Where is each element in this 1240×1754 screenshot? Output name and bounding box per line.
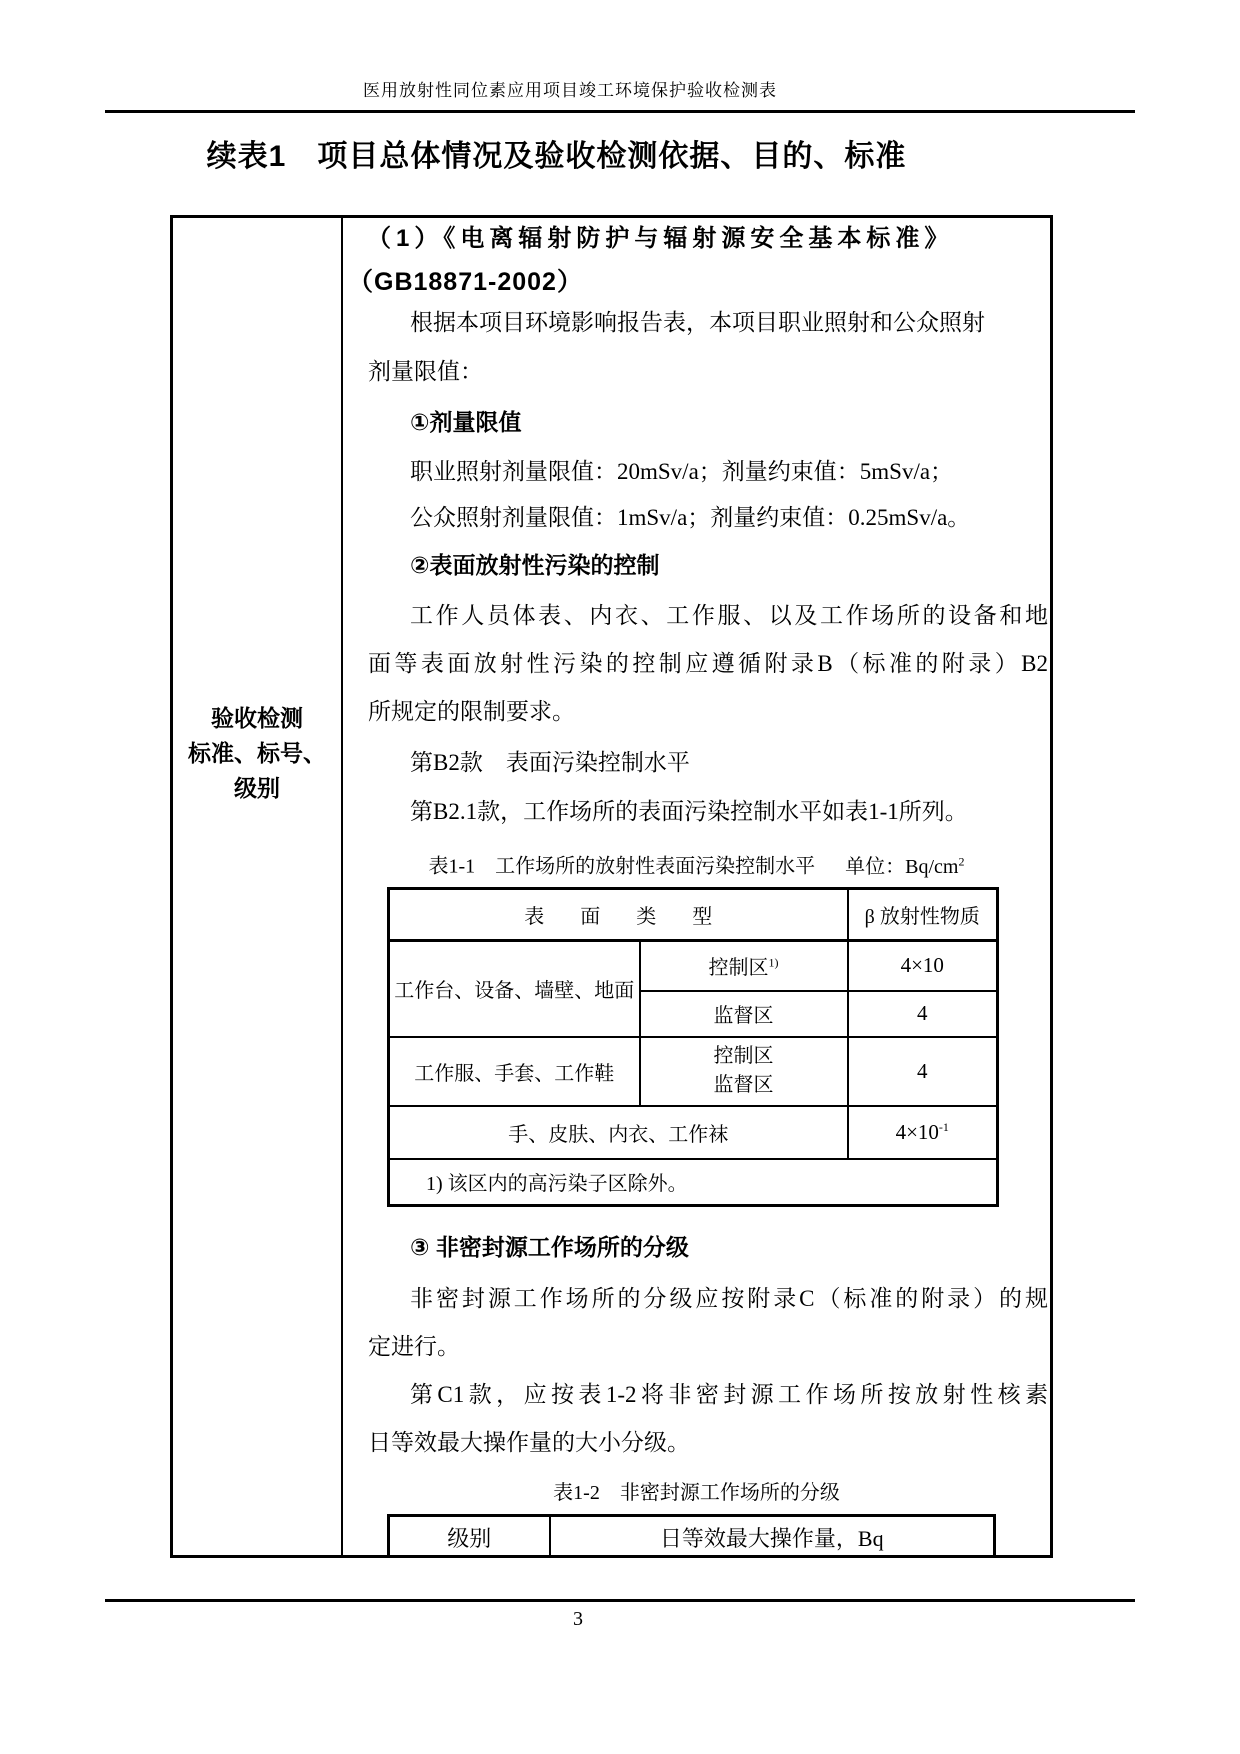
running-header: 医用放射性同位素应用项目竣工环境保护验收检测表: [55, 76, 1085, 101]
page-title: 续表1 项目总体情况及验收检测依据、目的、标准: [115, 131, 998, 175]
clause-b21: 第B2.1款，工作场所的表面污染控制水平如表1-1所列。: [410, 788, 968, 836]
table-1-1-caption-text: 表1-1 工作场所的放射性表面污染控制水平: [428, 856, 815, 878]
amount-header-cell: 日等效最大操作量，Bq: [550, 1516, 995, 1556]
surface-line-3: 所规定的限制要求。: [368, 688, 1048, 736]
zone-text: 控制区: [709, 957, 769, 979]
public-dose-limit: 公众照射剂量限值：1mSv/a；剂量约束值：0.25mSv/a。: [410, 494, 970, 542]
table-row: 手、皮肤、内衣、工作袜 4×10-1: [389, 1106, 998, 1159]
footer-rule: [105, 1599, 1135, 1602]
table-1-1: 表面类型 β 放射性物质 工作台、设备、墙壁、地面 控制区1) 4×10 监督区…: [387, 887, 999, 1207]
table-row: 工作台、设备、墙壁、地面 控制区1) 4×10: [389, 941, 998, 991]
beta-header-cell: β 放射性物质: [848, 889, 998, 941]
table-footnote-row: 1) 该区内的高污染子区除外。: [389, 1159, 998, 1206]
item3-heading: ③ 非密封源工作场所的分级: [410, 1224, 689, 1270]
row-label: 验收检测 标准、标号、 级别: [188, 701, 326, 806]
unit-base: 单位：Bq/cm: [845, 856, 958, 878]
surface-cell: 工作服、手套、工作鞋: [389, 1037, 640, 1106]
row-label-line-1: 验收检测: [188, 701, 326, 736]
row-label-line-3: 级别: [188, 771, 326, 806]
table-1-1-header-row: 表面类型 β 放射性物质: [389, 889, 998, 941]
surface-line-1: 工作人员体表、内衣、工作服、以及工作场所的设备和地: [368, 592, 1048, 640]
value-cell: 4×10: [848, 941, 998, 991]
row-label-cell: 验收检测 标准、标号、 级别: [173, 218, 343, 1555]
standard-code: （GB18871-2002）: [348, 265, 583, 299]
table-1-2-header-row: 级别 日等效最大操作量，Bq: [389, 1516, 995, 1556]
value-cell: 4: [848, 991, 998, 1037]
table-1-2-caption: 表1-2 非密封源工作场所的分级: [343, 1478, 1050, 1508]
zone-cell: 监督区: [640, 991, 848, 1037]
intro-paragraph: 根据本项目环境影响报告表，本项目职业照射和公众照射 剂量限值：: [368, 298, 985, 396]
grading-paragraph: 非密封源工作场所的分级应按附录C（标准的附录）的规 定进行。: [368, 1275, 1048, 1371]
surface-line-2: 面等表面放射性污染的控制应遵循附录B（标准的附录）B2: [368, 640, 1048, 688]
surface-type-header-cell: 表面类型: [389, 889, 848, 941]
value-text: 4×10: [896, 1120, 939, 1144]
clause-c1-line-2: 日等效最大操作量的大小分级。: [368, 1419, 1048, 1467]
clause-b2: 第B2款 表面污染控制水平: [410, 739, 690, 787]
value-text: 4×10: [901, 953, 944, 977]
item1-heading: ①剂量限值: [410, 398, 521, 446]
page-number: 3: [63, 1608, 1093, 1631]
footnote-cell: 1) 该区内的高污染子区除外。: [389, 1159, 998, 1206]
grading-line-2: 定进行。: [368, 1323, 1048, 1371]
table-row: 工作服、手套、工作鞋 控制区 监督区 4: [389, 1037, 998, 1106]
table-1-2: 级别 日等效最大操作量，Bq: [387, 1514, 996, 1555]
header-rule: [105, 110, 1135, 113]
grading-line-1: 非密封源工作场所的分级应按附录C（标准的附录）的规: [368, 1275, 1048, 1323]
standard-title: （1）《电离辐射防护与辐射源安全基本标准》: [367, 222, 953, 256]
table-1-1-unit-label: 单位：Bq/cm2: [845, 856, 964, 878]
item2-heading: ②表面放射性污染的控制: [410, 541, 659, 589]
intro-line-1: 根据本项目环境影响报告表，本项目职业照射和公众照射: [368, 298, 985, 347]
zone-cell: 控制区 监督区: [640, 1037, 848, 1106]
intro-line-2: 剂量限值：: [368, 347, 985, 396]
unit-superscript: 2: [959, 854, 965, 868]
table-1-1-caption: 表1-1 工作场所的放射性表面污染控制水平单位：Bq/cm2: [343, 846, 1050, 882]
document-page: 医用放射性同位素应用项目竣工环境保护验收检测表 续表1 项目总体情况及验收检测依…: [0, 0, 1240, 1754]
surface-cell: 工作台、设备、墙壁、地面: [389, 941, 640, 1037]
surface-cell: 手、皮肤、内衣、工作袜: [389, 1106, 848, 1159]
value-cell: 4: [848, 1037, 998, 1106]
zone-line-2: 监督区: [641, 1071, 847, 1100]
surface-contamination-paragraph: 工作人员体表、内衣、工作服、以及工作场所的设备和地 面等表面放射性污染的控制应遵…: [368, 592, 1048, 736]
zone-cell: 控制区1): [640, 941, 848, 991]
value-cell: 4×10-1: [848, 1106, 998, 1159]
value-superscript: -1: [939, 1120, 949, 1134]
occupational-dose-limit: 职业照射剂量限值：20mSv/a；剂量约束值：5mSv/a；: [410, 448, 953, 496]
clause-c1-paragraph: 第C1款，应按表1-2将非密封源工作场所按放射性核素 日等效最大操作量的大小分级…: [368, 1371, 1048, 1467]
zone-footnote-mark: 1): [769, 956, 779, 970]
clause-c1-line-1: 第C1款，应按表1-2将非密封源工作场所按放射性核素: [368, 1371, 1048, 1419]
row-label-line-2: 标准、标号、: [188, 736, 326, 771]
main-table: 验收检测 标准、标号、 级别 （1）《电离辐射防护与辐射源安全基本标准》 （GB…: [170, 215, 1053, 1558]
zone-line-1: 控制区: [641, 1042, 847, 1071]
level-header-cell: 级别: [389, 1516, 550, 1556]
content-cell: （1）《电离辐射防护与辐射源安全基本标准》 （GB18871-2002） 根据本…: [343, 218, 1050, 1555]
